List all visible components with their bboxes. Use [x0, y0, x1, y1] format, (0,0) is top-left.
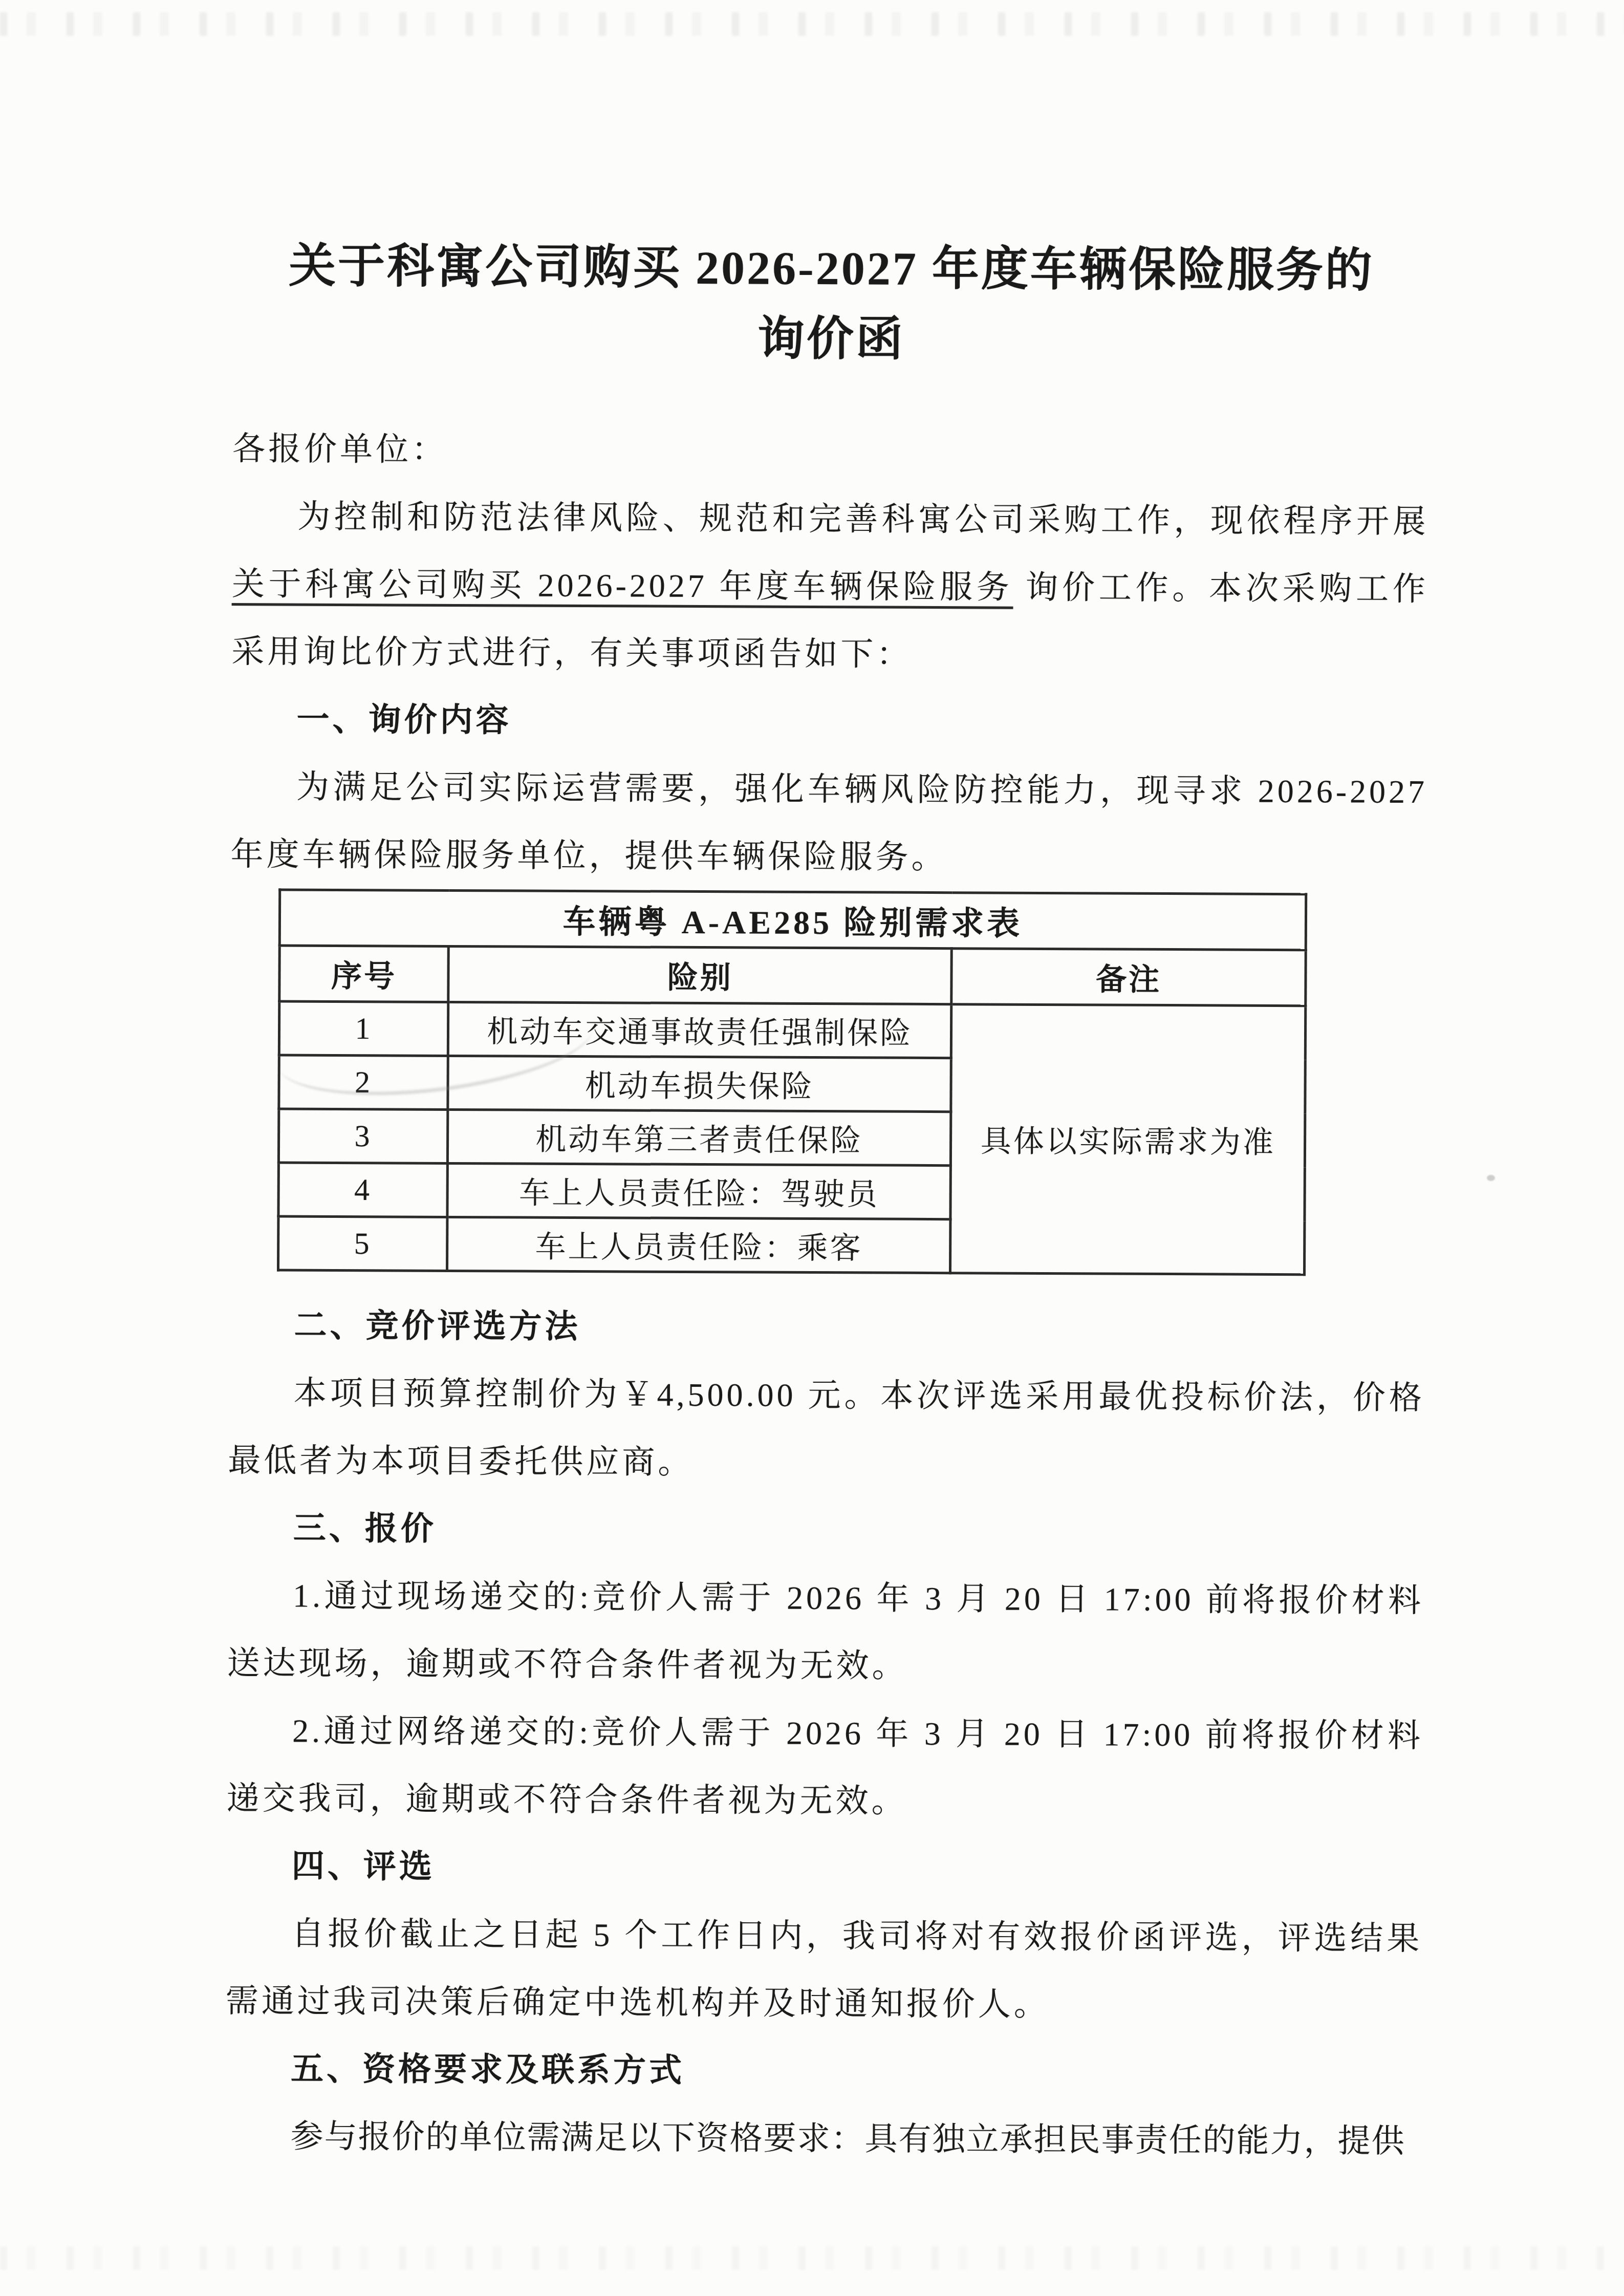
document-title-line1: 关于科寓公司购买 2026-2027 年度车辆保险服务的: [233, 230, 1430, 306]
section2-heading: 二、竞价评选方法: [228, 1292, 1425, 1364]
row-insurance-type: 车上人员责任险：乘客: [447, 1217, 950, 1273]
row-no: 3: [278, 1109, 448, 1163]
section3-heading: 三、报价: [228, 1494, 1425, 1567]
document-title-line2: 询价函: [233, 301, 1430, 377]
row-insurance-type: 机动车第三者责任保险: [448, 1109, 951, 1165]
table-header-no: 序号: [279, 946, 448, 1002]
section4-heading: 四、评选: [226, 1832, 1423, 1905]
section3-item1: 1.通过现场递交的:竞价人需于 2026 年 3 月 20 日 17:00 前将…: [227, 1562, 1424, 1702]
salutation: 各报价单位：: [232, 415, 1430, 488]
row-insurance-type: 车上人员责任险：驾驶员: [447, 1163, 950, 1219]
section2-paragraph: 本项目预算控制价为￥4,500.00 元。本次评选采用最优投标价法，价格最低者为…: [228, 1359, 1425, 1499]
row-no: 4: [278, 1163, 447, 1217]
table-remark-cell: 具体以实际需求为准: [950, 1004, 1306, 1275]
section5-heading: 五、资格要求及联系方式: [225, 2035, 1422, 2108]
intro-text-pre: 为控制和防范法律风险、规范和完善科寓公司采购工作，现依程序开展: [297, 499, 1428, 540]
intro-underlined-subject: 关于科寓公司购买 2026-2027 年度车辆保险服务: [232, 566, 1013, 606]
table-title: 车辆粤 A-AE285 险别需求表: [279, 890, 1306, 950]
table-header-remark: 备注: [951, 949, 1306, 1006]
scan-noise-bottom: [0, 2246, 1624, 2270]
section1-heading: 一、询价内容: [231, 685, 1428, 758]
table-title-row: 车辆粤 A-AE285 险别需求表: [279, 890, 1306, 950]
row-no: 5: [278, 1216, 447, 1271]
section4-paragraph: 自报价截止之日起 5 个工作日内，我司将对有效报价函评选，评选结果需通过我司决策…: [225, 1900, 1422, 2040]
scan-speck: [1487, 1175, 1495, 1181]
scanned-document-page: { "doc": { "title": { "line1": "关于科寓公司购买…: [0, 0, 1624, 2296]
section3-item2: 2.通过网络递交的:竞价人需于 2026 年 3 月 20 日 17:00 前将…: [226, 1697, 1423, 1837]
section5-paragraph: 参与报价的单位需满足以下资格要求：具有独立承担民事责任的能力，提供: [225, 2102, 1422, 2175]
document-title: 关于科寓公司购买 2026-2027 年度车辆保险服务的 询价函: [233, 230, 1430, 377]
document-page: 关于科寓公司购买 2026-2027 年度车辆保险服务的 询价函 各报价单位： …: [0, 0, 1624, 2296]
table-header-row: 序号 险别 备注: [279, 946, 1306, 1006]
section1-paragraph: 为满足公司实际运营需要，强化车辆风险防控能力，现寻求 2026-2027 年度车…: [230, 753, 1427, 893]
intro-paragraph: 为控制和防范法律风险、规范和完善科寓公司采购工作，现依程序开展 关于科寓公司购买…: [231, 483, 1429, 691]
table-header-type: 险别: [448, 946, 951, 1004]
